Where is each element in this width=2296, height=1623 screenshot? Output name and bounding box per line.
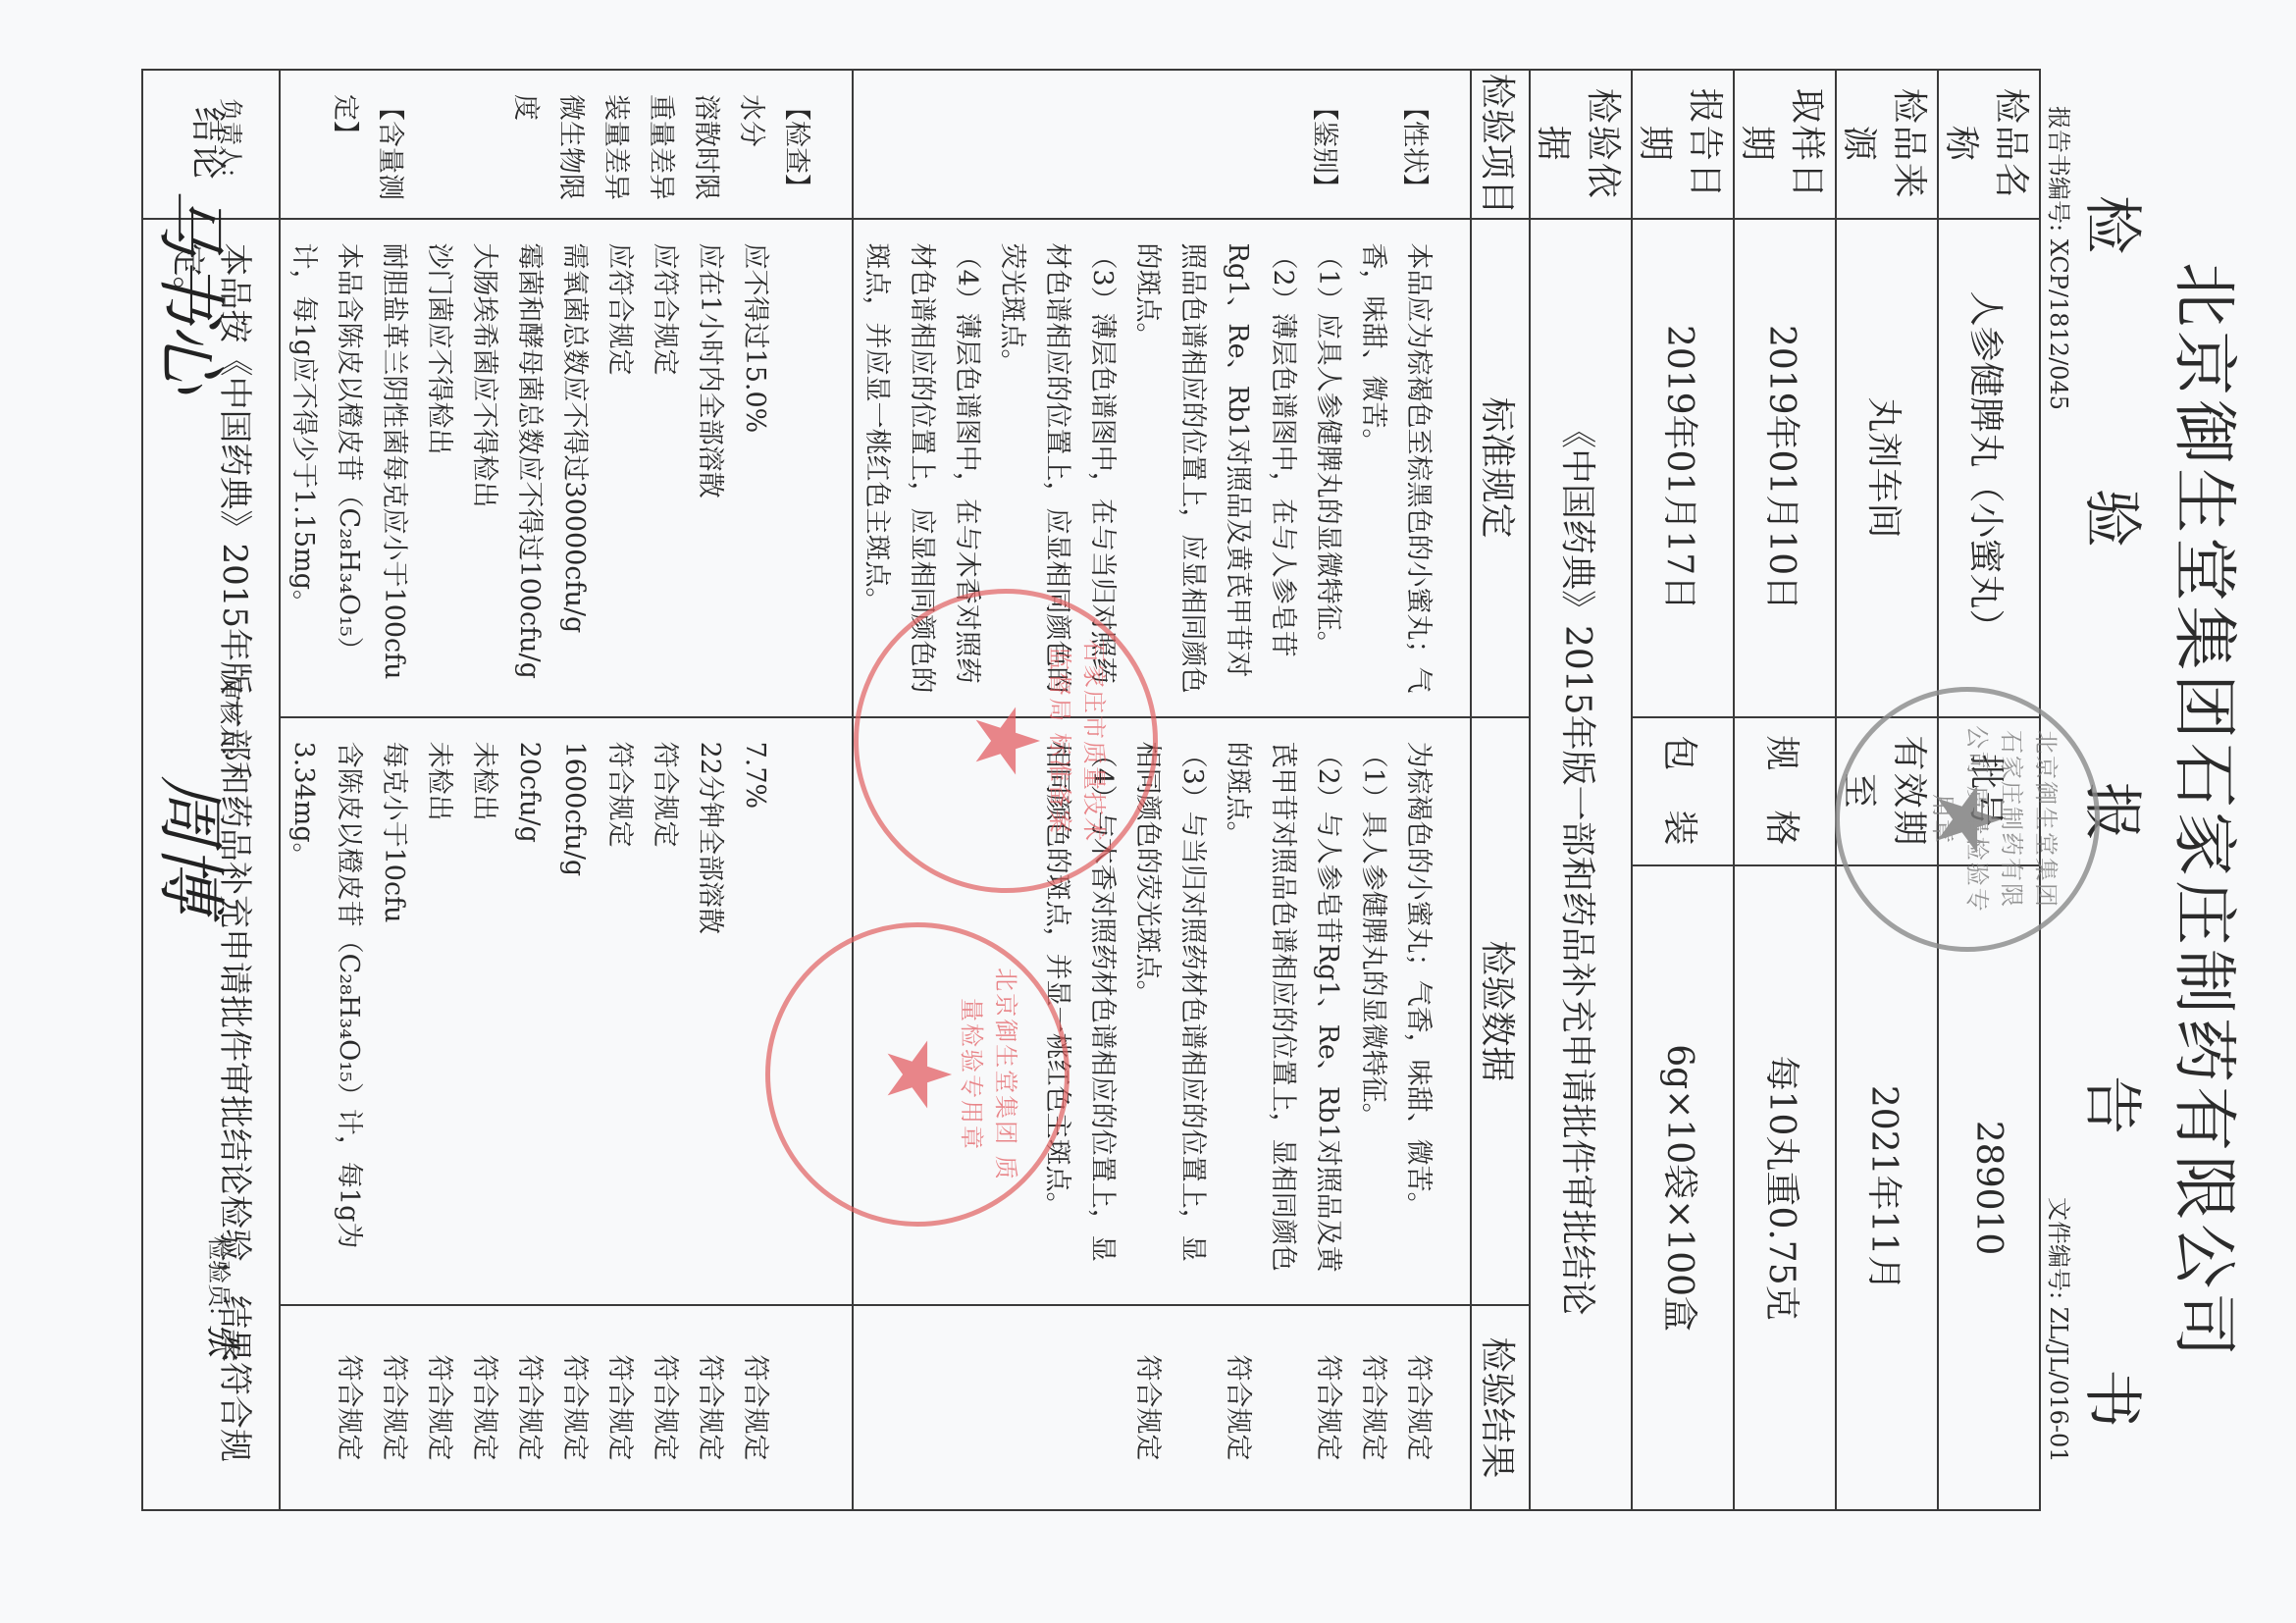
reviewer-label: 审核人: bbox=[217, 677, 244, 756]
value-name: 人参健脾丸（小蜜丸） bbox=[1938, 219, 2040, 717]
standard-disintegration: 应在1小时内全部溶散 bbox=[687, 243, 732, 697]
inspector-handwriting: 张 bbox=[202, 1323, 242, 1358]
standard-ecoli: 大肠埃希菌应不得检出 bbox=[461, 243, 506, 697]
row-reportdate-package: 报告日期 2019年01月17日 包 装 6g×10袋×100盒 bbox=[1632, 70, 1734, 1510]
label-spec: 规 格 bbox=[1734, 717, 1836, 866]
result-ecoli: 符合规定 bbox=[461, 1306, 506, 1509]
data-disintegration: 22分钟全部溶散 bbox=[687, 742, 732, 1285]
red-stamp-right: ★ 北京御生堂集团 质量检验专用章 bbox=[765, 922, 1070, 1227]
result-aerobic: 符合规定 bbox=[551, 1306, 597, 1509]
standard-aerobic: 需氧菌总数应不得过30000cfu/g bbox=[551, 243, 597, 697]
inspector-label: 检验员: bbox=[205, 1236, 233, 1315]
file-number-value: ZL/JL/016-01 bbox=[2045, 1307, 2072, 1463]
result-disintegration: 符合规定 bbox=[687, 1306, 732, 1509]
inspector-signature: 检验员: 张 bbox=[200, 1236, 250, 1358]
items-upper: 【性状】 【鉴别】 bbox=[853, 70, 1471, 219]
item-microbial-limit: 微生物限度 bbox=[548, 94, 593, 218]
label-name: 检品名称 bbox=[1938, 70, 2040, 219]
label-package: 包 装 bbox=[1632, 717, 1734, 866]
result-mold: 符合规定 bbox=[506, 1306, 551, 1509]
reviewer-handwriting: 周博 bbox=[146, 775, 245, 913]
red-stamp-right-text: 北京御生堂集团 质量检验专用章 bbox=[957, 967, 1025, 1182]
item-identification: 【鉴别】 bbox=[1301, 94, 1346, 218]
star-icon: ★ bbox=[873, 1035, 962, 1115]
result-bile-gram-neg: 符合规定 bbox=[371, 1306, 416, 1509]
data-ident-1: （1）具人参健脾丸的显微特征。 bbox=[1350, 742, 1395, 1285]
value-sample-date: 2019年01月10日 bbox=[1734, 219, 1836, 717]
result-water: 符合规定 bbox=[732, 1306, 777, 1509]
data-ident-3: （3）与当归对照药材色谱相应的位置上，显相同颜色的荧光斑点。 bbox=[1124, 742, 1215, 1285]
company-name: 北京御生堂集团石家庄制药有限公司 bbox=[2164, 0, 2257, 1623]
result-ident-4: 符合规定 bbox=[1124, 1306, 1170, 1509]
item-inspection: 【检查】 bbox=[773, 94, 818, 218]
items-lower: 【检查】 水分 溶散时限 重量差异 装量差异 微生物限度 【含量测定】 bbox=[280, 70, 853, 219]
data-aerobic: 1600cfu/g bbox=[551, 742, 597, 1285]
standard-character: 本品应为棕褐色至棕黑色的小蜜丸；气香，味甜、微苦。 bbox=[1350, 243, 1440, 697]
label-source: 检品来源 bbox=[1836, 70, 1938, 219]
standard-mold: 霉菌和酵母菌总数应不得过100cfu/g bbox=[506, 243, 551, 697]
value-report-date: 2019年01月17日 bbox=[1632, 219, 1734, 717]
file-number-label: 文件编号: bbox=[2045, 1197, 2072, 1299]
label-basis: 检验依据 bbox=[1530, 70, 1632, 219]
standard-weight: 应符合规定 bbox=[642, 243, 687, 697]
data-mold: 20cfu/g bbox=[506, 742, 551, 1285]
standards-lower: 应不得过15.0% 应在1小时内全部溶散 应符合规定 应符合规定 需氧菌总数应不… bbox=[280, 219, 853, 717]
standard-salmonella: 沙门菌应不得检出 bbox=[416, 243, 461, 697]
responsible-label: 负责人: bbox=[217, 98, 244, 177]
data-fill: 符合规定 bbox=[597, 742, 642, 1285]
col-result: 检验结果 bbox=[1471, 1305, 1530, 1510]
result-assay: 符合规定 bbox=[326, 1306, 371, 1509]
item-fill-variation: 装量差异 bbox=[593, 94, 638, 218]
data-ident-2: （2）与人参皂苷Rg1、Re、Rb1对照品及黄芪甲苷对照品色谱相应的位置上，显相… bbox=[1215, 742, 1350, 1285]
value-batch: 289010 bbox=[1938, 865, 2040, 1510]
data-weight: 符合规定 bbox=[642, 742, 687, 1285]
value-package: 6g×10袋×100盒 bbox=[1632, 865, 1734, 1510]
data-ecoli: 未检出 bbox=[461, 742, 506, 1285]
responsible-signature: 负责人: bbox=[216, 98, 250, 177]
standard-ident-1: （1）应具人参健脾丸的显微特征。 bbox=[1305, 243, 1350, 697]
result-ident-3: 符合规定 bbox=[1215, 1306, 1260, 1509]
reviewer-signature: 审核人: bbox=[216, 677, 250, 756]
value-source: 丸剂车间 bbox=[1836, 219, 1938, 717]
value-spec: 每10丸重0.75克 bbox=[1734, 865, 1836, 1510]
report-number: 报告书编号: XCP/1812/045 bbox=[2044, 106, 2078, 410]
standard-ident-2: （2）薄层色谱图中，在与人参皂苷Rg1、Re、Rb1对照品及黄芪甲苷对照品色谱相… bbox=[1124, 243, 1305, 697]
label-sample-date: 取样日期 bbox=[1734, 70, 1836, 219]
result-fill: 符合规定 bbox=[597, 1306, 642, 1509]
data-water: 7.7% bbox=[732, 742, 777, 1285]
label-report-date: 报告日期 bbox=[1632, 70, 1734, 219]
col-data: 检验数据 bbox=[1471, 717, 1530, 1306]
result-ident-2: 符合规定 bbox=[1305, 1306, 1350, 1509]
standard-water: 应不得过15.0% bbox=[732, 243, 777, 697]
star-icon: ★ bbox=[962, 702, 1050, 781]
item-weight-variation: 重量差异 bbox=[638, 94, 683, 218]
data-bile-gram-neg: 每克小于10cfu bbox=[371, 742, 416, 1285]
value-expiry: 2021年11月 bbox=[1836, 865, 1938, 1510]
col-standard: 标准规定 bbox=[1471, 219, 1530, 717]
results-lower: 符合规定 符合规定 符合规定 符合规定 符合规定 符合规定 符合规定 符合规定 … bbox=[280, 1305, 853, 1510]
item-water: 水分 bbox=[728, 94, 773, 218]
result-ident-1: 符合规定 bbox=[1350, 1306, 1395, 1509]
red-stamp-left: ★ 石家庄市质量技术监督局 标准备案 bbox=[854, 589, 1158, 893]
data-assay: 含陈皮以橙皮苷（C₂₈H₃₄O₁₅）计，每1g为3.34mg。 bbox=[281, 742, 371, 1285]
item-assay: 【含量测定】 bbox=[367, 94, 412, 218]
results-upper: 符合规定 符合规定 符合规定 符合规定 符合规定 bbox=[853, 1305, 1471, 1510]
row-sampledate-spec: 取样日期 2019年01月10日 规 格 每10丸重0.75克 bbox=[1734, 70, 1836, 1510]
row-basis: 检验依据 《中国药典》2015年版一部和药品补充申请批件审批结论 bbox=[1530, 70, 1632, 1510]
column-header-row: 检验项目 标准规定 检验数据 检验结果 bbox=[1471, 70, 1530, 1510]
gray-stamp-text: 北京御生堂集团石家庄制药有限公司 质量检验专用章 bbox=[1928, 721, 2065, 917]
quality-inspection-stamp-gray: ★ 北京御生堂集团石家庄制药有限公司 质量检验专用章 bbox=[1835, 687, 2100, 952]
row-inspection-assay: 【检查】 水分 溶散时限 重量差异 装量差异 微生物限度 【含量测定】 应不得过… bbox=[280, 70, 853, 1510]
report-number-value: XCP/1812/045 bbox=[2045, 239, 2072, 410]
result-weight: 符合规定 bbox=[642, 1306, 687, 1509]
inspection-report-page: 北京御生堂集团石家庄制药有限公司 检 验 报 告 书 报告书编号: XCP/18… bbox=[0, 0, 2296, 1623]
standard-assay: 本品含陈皮以橙皮苷（C₂₈H₃₄O₁₅）计，每1g应不得少于1.15mg。 bbox=[281, 243, 371, 697]
responsible-handwriting: 马书心 bbox=[146, 186, 245, 393]
red-stamp-left-text: 石家庄市质量技术监督局 标准备案 bbox=[1045, 633, 1114, 849]
standard-bile-gram-neg: 耐胆盐革兰阴性菌每克应小于100cfu bbox=[371, 243, 416, 697]
col-item: 检验项目 bbox=[1471, 70, 1530, 219]
file-number: 文件编号: ZL/JL/016-01 bbox=[2044, 1197, 2078, 1463]
data-character: 为棕褐色的小蜜丸；气香，味甜、微苦。 bbox=[1395, 742, 1440, 1285]
data-salmonella: 未检出 bbox=[416, 742, 461, 1285]
item-character: 【性状】 bbox=[1391, 94, 1436, 218]
data-lower: 7.7% 22分钟全部溶散 符合规定 符合规定 1600cfu/g 20cfu/… bbox=[280, 717, 853, 1306]
standard-fill: 应符合规定 bbox=[597, 243, 642, 697]
item-disintegration: 溶散时限 bbox=[683, 94, 728, 218]
value-basis: 《中国药典》2015年版一部和药品补充申请批件审批结论 bbox=[1530, 219, 1632, 1510]
report-number-label: 报告书编号: bbox=[2045, 106, 2072, 232]
result-salmonella: 符合规定 bbox=[416, 1306, 461, 1509]
result-character: 符合规定 bbox=[1395, 1306, 1440, 1509]
